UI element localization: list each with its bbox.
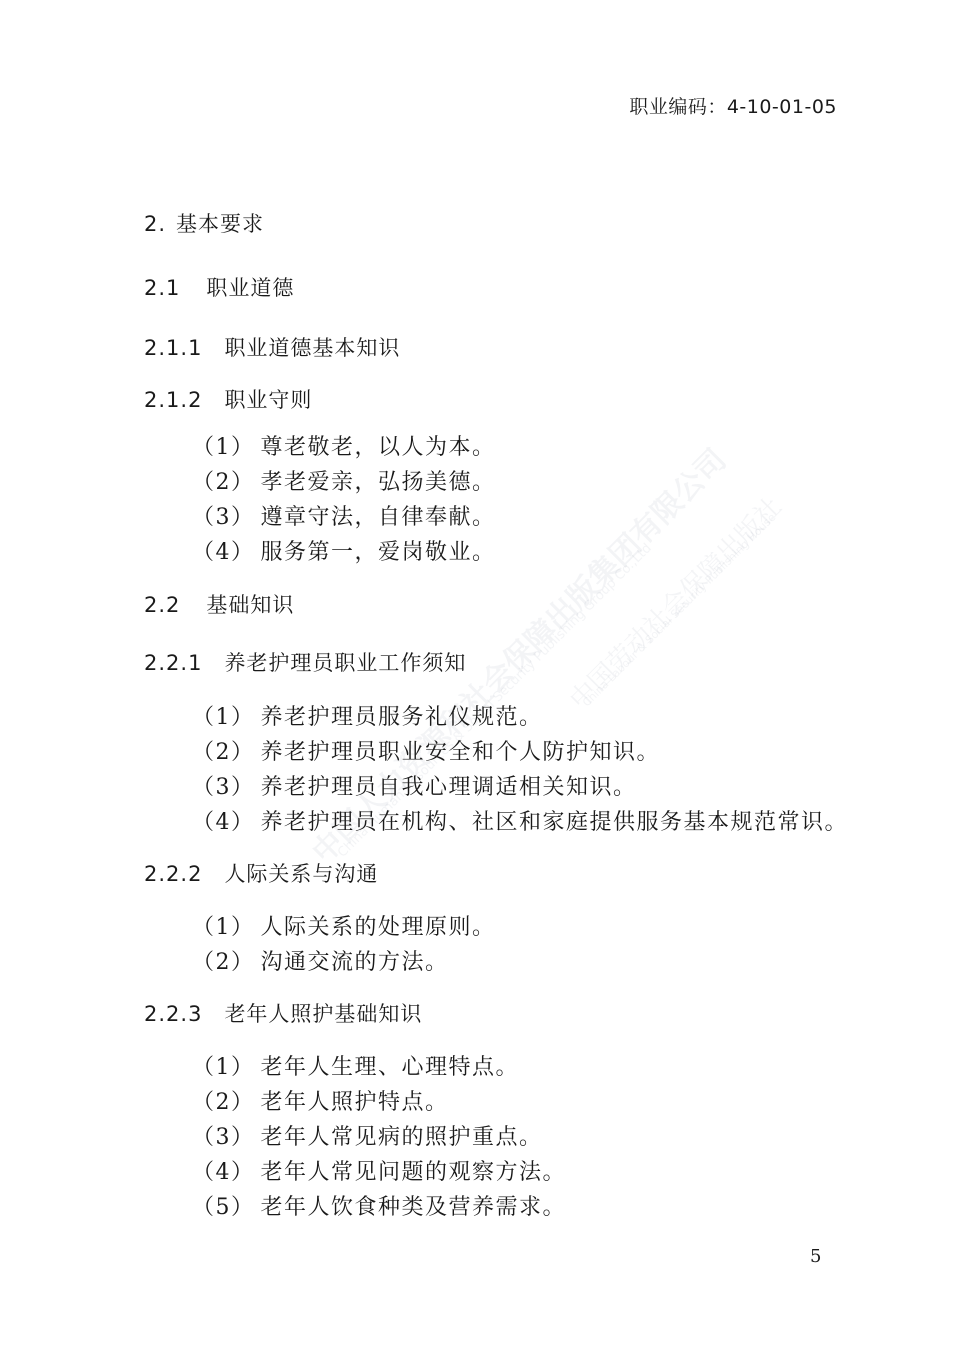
item-text: 老年人常见问题的观察方法。 [261,1160,567,1185]
item-index: （2） [192,735,255,766]
watermark-house-en: China Labour & Social Security Publishin… [580,511,778,709]
section-heading: 2.基本要求 [144,208,264,238]
document-page: 中国人力资源和社会保障出版集团有限公司 China Human Resource… [0,0,970,1361]
list-item: （4）养老护理员在机构、社区和家庭提供服务基本规范常识。 [192,805,848,836]
item-text: 尊老敬老，以人为本。 [261,435,496,460]
heading-number: 2.1 [144,276,180,300]
heading-number: 2.2.2 [144,862,202,886]
item-index: （1） [192,1050,255,1081]
item-text: 养老护理员在机构、社区和家庭提供服务基本规范常识。 [261,810,849,835]
heading-title: 人际关系与沟通 [224,862,378,886]
list-item: （2）沟通交流的方法。 [192,945,449,976]
list-item: （4）老年人常见问题的观察方法。 [192,1155,566,1186]
item-text: 老年人生理、心理特点。 [261,1055,520,1080]
heading-title: 职业道德 [206,276,294,300]
heading-number: 2.2.1 [144,651,202,675]
list-item: （1）尊老敬老，以人为本。 [192,430,496,461]
item-text: 沟通交流的方法。 [261,950,449,975]
watermark-house-cn: 中国劳动社会保障出版社 [560,488,788,716]
item-text: 老年人饮食种类及营养需求。 [261,1195,567,1220]
item-index: （2） [192,945,255,976]
list-item: （2）养老护理员职业安全和个人防护知识。 [192,735,660,766]
item-index: （3） [192,500,255,531]
subsection-heading-2-1-1: 2.1.1职业道德基本知识 [144,332,400,362]
subsection-heading-2-2-3: 2.2.3老年人照护基础知识 [144,998,422,1028]
list-item: （5）老年人饮食种类及营养需求。 [192,1190,566,1221]
list-item: （2）孝老爱亲，弘扬美德。 [192,465,496,496]
heading-number: 2.1.1 [144,336,202,360]
item-index: （2） [192,465,255,496]
subsection-heading-2-2-1: 2.2.1养老护理员职业工作须知 [144,647,466,677]
item-text: 老年人照护特点。 [261,1090,449,1115]
item-index: （5） [192,1190,255,1221]
item-text: 遵章守法，自律奉献。 [261,505,496,530]
item-index: （4） [192,535,255,566]
list-item: （3）老年人常见病的照护重点。 [192,1120,543,1151]
item-text: 老年人常见病的照护重点。 [261,1125,543,1150]
list-item: （1）养老护理员服务礼仪规范。 [192,700,543,731]
subsection-heading-2-2-2: 2.2.2人际关系与沟通 [144,858,378,888]
item-text: 养老护理员职业安全和个人防护知识。 [261,740,661,765]
heading-title: 养老护理员职业工作须知 [224,651,466,675]
subsection-heading-2-2: 2.2基础知识 [144,589,294,619]
occupation-code: 职业编码：4-10-01-05 [629,92,837,119]
item-index: （1） [192,430,255,461]
section-title: 基本要求 [176,212,264,236]
list-item: （3）养老护理员自我心理调适相关知识。 [192,770,637,801]
heading-title: 基础知识 [206,593,294,617]
item-index: （2） [192,1085,255,1116]
heading-title: 职业守则 [224,388,312,412]
item-text: 人际关系的处理原则。 [261,915,496,940]
heading-title: 老年人照护基础知识 [224,1002,422,1026]
section-number: 2. [144,212,166,236]
heading-number: 2.2 [144,593,180,617]
list-item: （3）遵章守法，自律奉献。 [192,500,496,531]
item-index: （1） [192,700,255,731]
heading-number: 2.2.3 [144,1002,202,1026]
item-text: 养老护理员服务礼仪规范。 [261,705,543,730]
subsection-heading-2-1-2: 2.1.2职业守则 [144,384,312,414]
list-item: （1）老年人生理、心理特点。 [192,1050,519,1081]
item-index: （4） [192,805,255,836]
list-item: （1）人际关系的处理原则。 [192,910,496,941]
item-index: （3） [192,770,255,801]
item-index: （4） [192,1155,255,1186]
subsection-heading-2-1: 2.1职业道德 [144,272,294,302]
item-index: （3） [192,1120,255,1151]
heading-number: 2.1.2 [144,388,202,412]
page-number: 5 [810,1246,821,1267]
list-item: （4）服务第一，爱岗敬业。 [192,535,496,566]
heading-title: 职业道德基本知识 [224,336,400,360]
list-item: （2）老年人照护特点。 [192,1085,449,1116]
item-index: （1） [192,910,255,941]
item-text: 服务第一，爱岗敬业。 [261,540,496,565]
item-text: 养老护理员自我心理调适相关知识。 [261,775,637,800]
item-text: 孝老爱亲，弘扬美德。 [261,470,496,495]
